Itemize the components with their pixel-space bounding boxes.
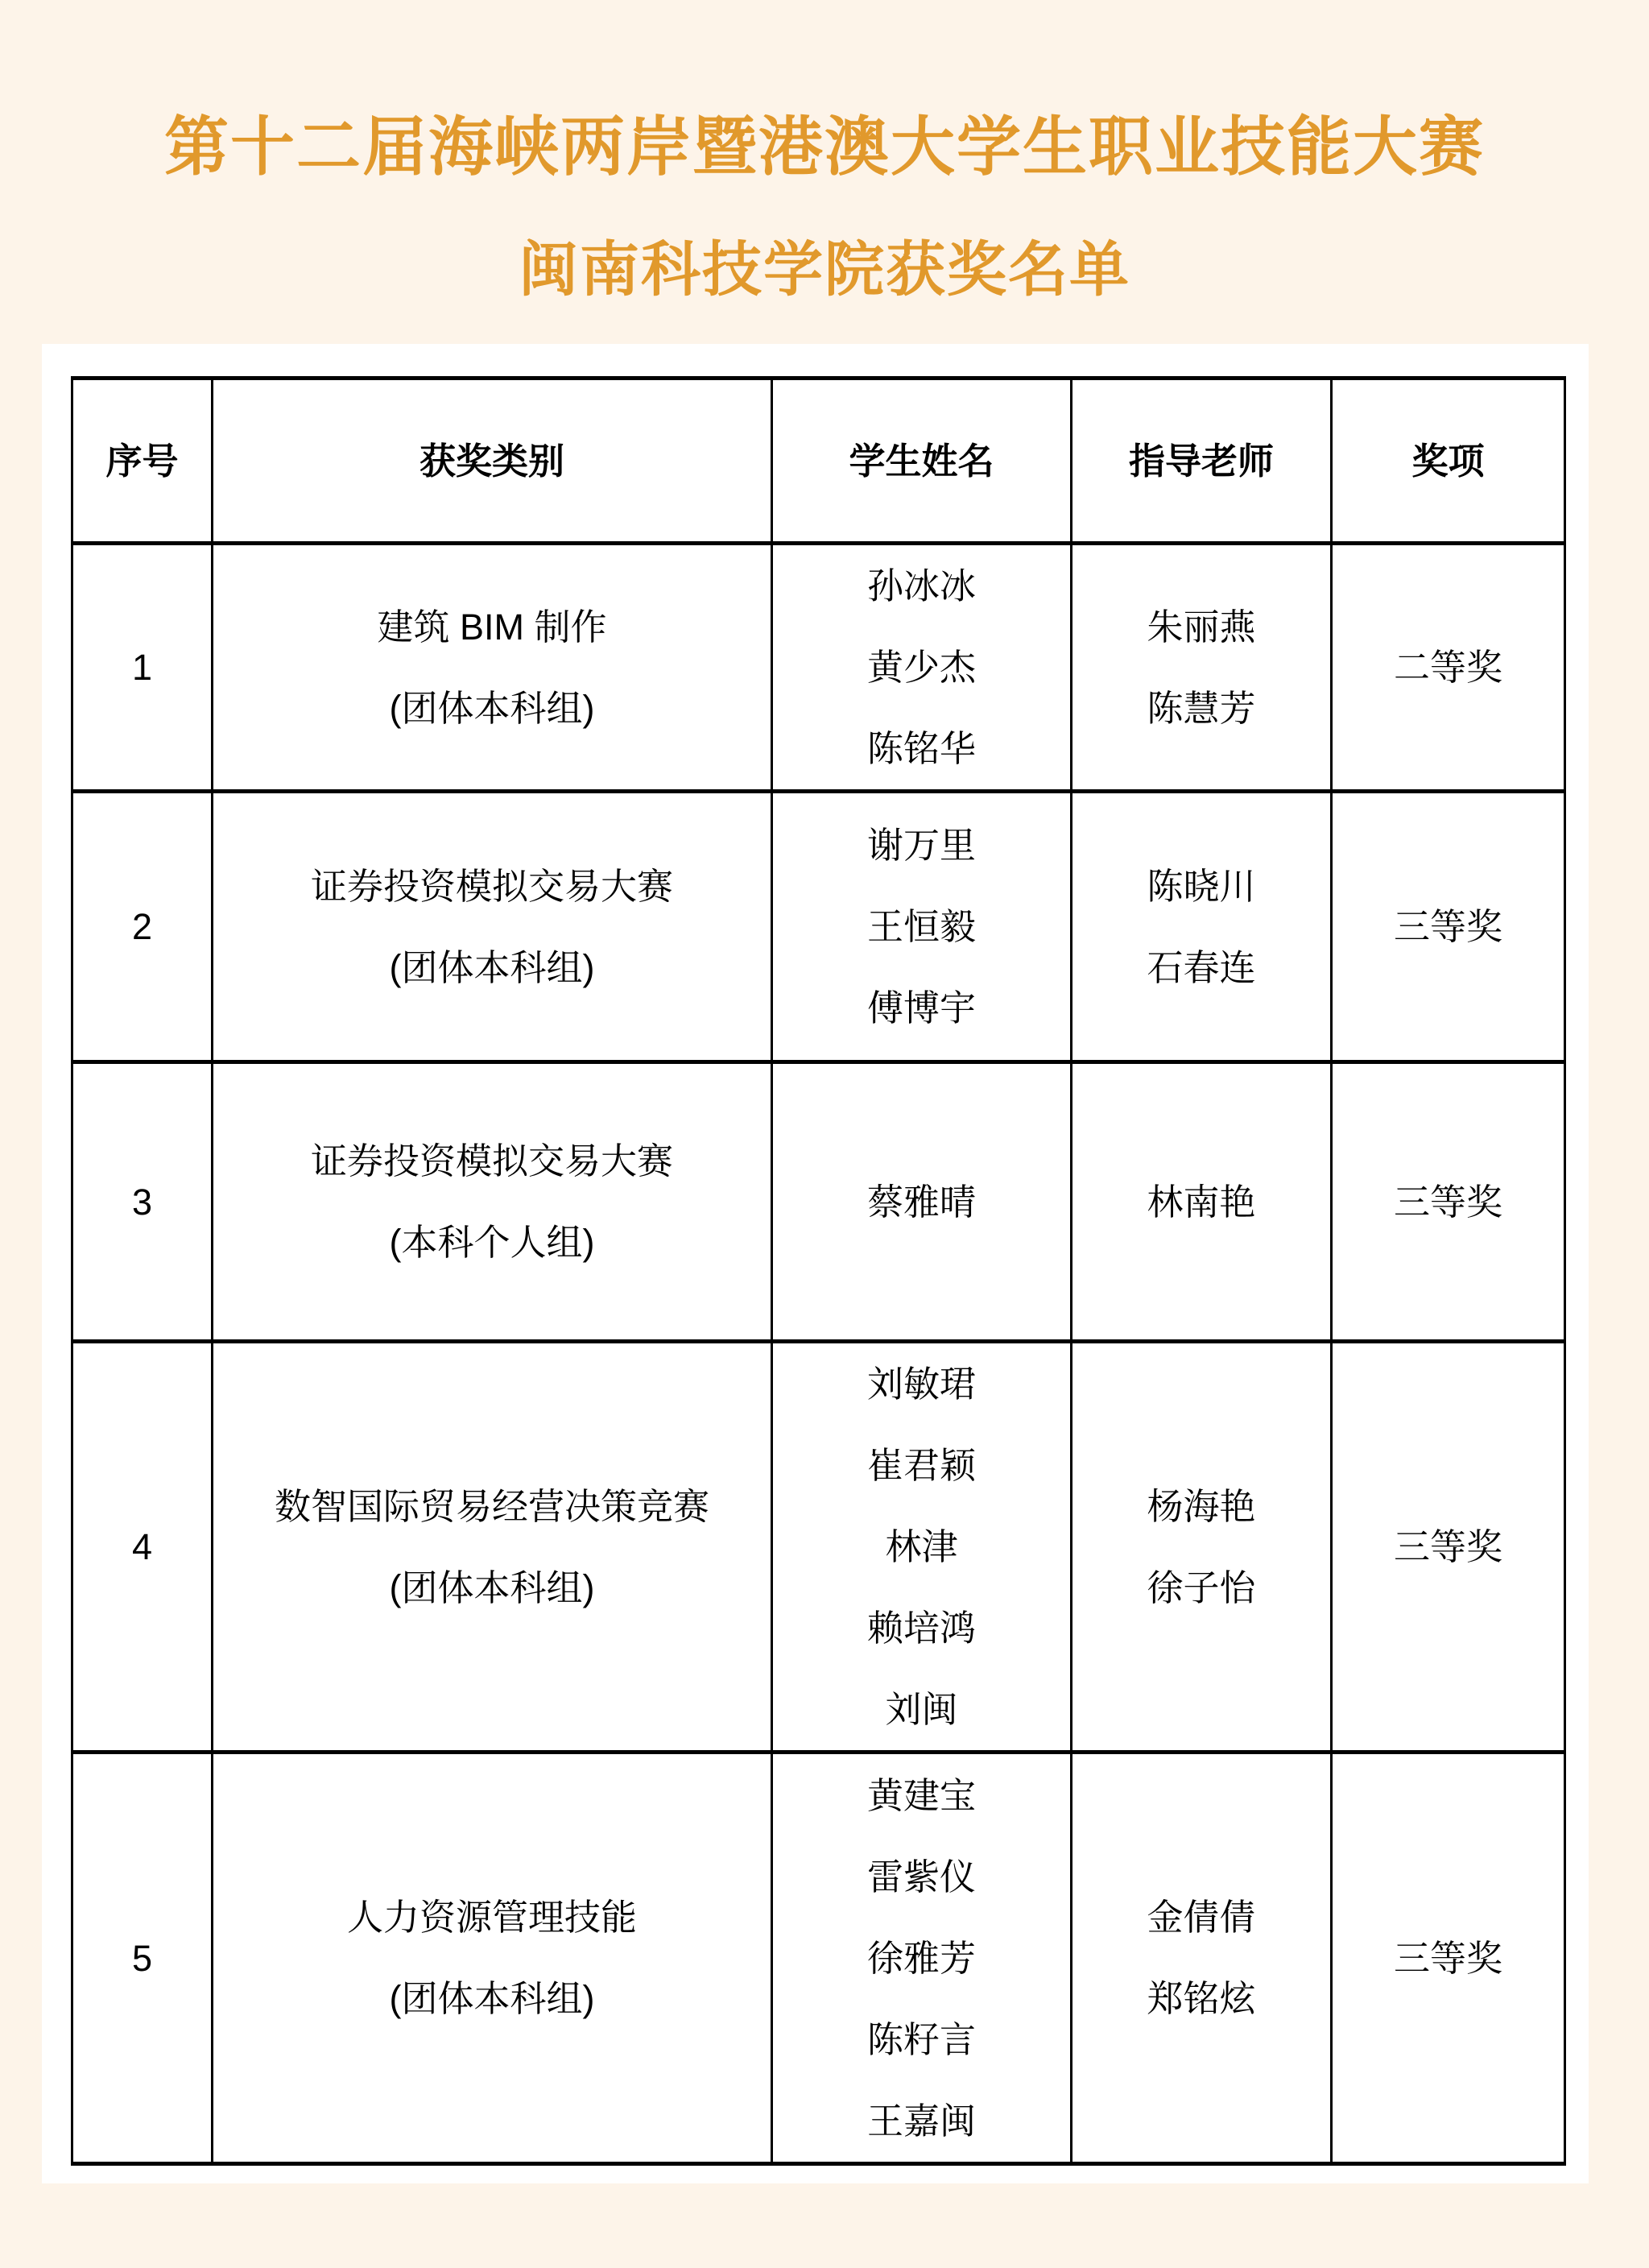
student-name: 蔡雅晴 [773, 1161, 1070, 1243]
row-number: 5 [73, 1918, 211, 1999]
cell-students: 刘敏珺 崔君颖 林津 赖培鸿 刘闽 [772, 1342, 1072, 1753]
student-name: 林津 [773, 1506, 1070, 1587]
cell-students: 蔡雅晴 [772, 1062, 1072, 1342]
category-line: (团体本科组) [213, 668, 771, 749]
header-category-label: 获奖类别 [213, 420, 771, 502]
cell-category: 建筑 BIM 制作 (团体本科组) [213, 544, 772, 792]
cell-students: 黄建宝 雷紫仪 徐雅芳 陈籽言 王嘉闽 [772, 1753, 1072, 2164]
student-name: 王恒毅 [773, 886, 1070, 967]
category-line: 数智国际贸易经营决策竞赛 [213, 1466, 771, 1547]
cell-students: 谢万里 王恒毅 傅博宇 [772, 792, 1072, 1062]
header-no-label: 序号 [73, 420, 211, 502]
award-label: 三等奖 [1333, 886, 1564, 967]
cell-no: 4 [72, 1342, 213, 1753]
student-name: 陈铭华 [773, 708, 1070, 789]
row-number: 2 [73, 886, 211, 967]
teacher-name: 杨海艳 [1072, 1466, 1330, 1547]
cell-students: 孙冰冰 黄少杰 陈铭华 [772, 544, 1072, 792]
student-name: 孙冰冰 [773, 545, 1070, 627]
cell-award: 三等奖 [1332, 1062, 1565, 1342]
header-no: 序号 [72, 379, 213, 544]
row-number: 4 [73, 1506, 211, 1587]
cell-teachers: 杨海艳 徐子怡 [1072, 1342, 1332, 1753]
teacher-name: 朱丽燕 [1072, 586, 1330, 668]
award-label: 三等奖 [1333, 1506, 1564, 1587]
cell-category: 数智国际贸易经营决策竞赛 (团体本科组) [213, 1342, 772, 1753]
cell-teachers: 金倩倩 郑铭炫 [1072, 1753, 1332, 2164]
student-name: 黄建宝 [773, 1755, 1070, 1836]
teacher-name: 徐子怡 [1072, 1547, 1330, 1629]
table-row: 1 建筑 BIM 制作 (团体本科组) 孙冰冰 黄少杰 陈铭华 朱丽燕 陈慧芳 … [72, 544, 1565, 792]
cell-category: 证券投资模拟交易大赛 (团体本科组) [213, 792, 772, 1062]
header-teachers-label: 指导老师 [1072, 420, 1330, 502]
teacher-name: 陈晓川 [1072, 846, 1330, 927]
student-name: 雷紫仪 [773, 1836, 1070, 1918]
cell-award: 二等奖 [1332, 544, 1565, 792]
student-name: 崔君颖 [773, 1425, 1070, 1506]
award-label: 二等奖 [1333, 627, 1564, 708]
cell-teachers: 朱丽燕 陈慧芳 [1072, 544, 1332, 792]
cell-no: 5 [72, 1753, 213, 2164]
row-number: 3 [73, 1161, 211, 1243]
cell-no: 3 [72, 1062, 213, 1342]
teacher-name: 陈慧芳 [1072, 668, 1330, 749]
student-name: 刘敏珺 [773, 1343, 1070, 1425]
table-header-row: 序号 获奖类别 学生姓名 指导老师 奖项 [72, 379, 1565, 544]
award-label: 三等奖 [1333, 1918, 1564, 1999]
student-name: 谢万里 [773, 805, 1070, 886]
student-name: 王嘉闽 [773, 2080, 1070, 2162]
table-row: 3 证券投资模拟交易大赛 (本科个人组) 蔡雅晴 林南艳 三等奖 [72, 1062, 1565, 1342]
table-row: 4 数智国际贸易经营决策竞赛 (团体本科组) 刘敏珺 崔君颖 林津 赖培鸿 刘闽… [72, 1342, 1565, 1753]
category-line: (团体本科组) [213, 1958, 771, 2039]
student-name: 陈籽言 [773, 1999, 1070, 2080]
cell-teachers: 林南艳 [1072, 1062, 1332, 1342]
category-line: (团体本科组) [213, 927, 771, 1008]
header-students-label: 学生姓名 [773, 420, 1070, 502]
student-name: 赖培鸿 [773, 1587, 1070, 1669]
award-table: 序号 获奖类别 学生姓名 指导老师 奖项 1 建筑 BIM 制作 (团体本科组)… [71, 376, 1566, 2166]
student-name: 傅博宇 [773, 967, 1070, 1049]
cell-no: 1 [72, 544, 213, 792]
category-line: (本科个人组) [213, 1202, 771, 1283]
category-line: 证券投资模拟交易大赛 [213, 1120, 771, 1202]
table-row: 5 人力资源管理技能 (团体本科组) 黄建宝 雷紫仪 徐雅芳 陈籽言 王嘉闽 金… [72, 1753, 1565, 2164]
student-name: 黄少杰 [773, 627, 1070, 708]
category-line: 人力资源管理技能 [213, 1877, 771, 1958]
header-category: 获奖类别 [213, 379, 772, 544]
page: 第十二届海峡两岸暨港澳大学生职业技能大赛 闽南科技学院获奖名单 序号 获奖类别 … [0, 0, 1649, 2268]
row-number: 1 [73, 627, 211, 708]
student-name: 徐雅芳 [773, 1918, 1070, 1999]
student-name: 刘闽 [773, 1669, 1070, 1750]
cell-award: 三等奖 [1332, 1753, 1565, 2164]
table-row: 2 证券投资模拟交易大赛 (团体本科组) 谢万里 王恒毅 傅博宇 陈晓川 石春连… [72, 792, 1565, 1062]
cell-category: 证券投资模拟交易大赛 (本科个人组) [213, 1062, 772, 1342]
category-line: 证券投资模拟交易大赛 [213, 846, 771, 927]
cell-no: 2 [72, 792, 213, 1062]
header-teachers: 指导老师 [1072, 379, 1332, 544]
header-award: 奖项 [1332, 379, 1565, 544]
teacher-name: 金倩倩 [1072, 1877, 1330, 1958]
award-label: 三等奖 [1333, 1161, 1564, 1243]
header-award-label: 奖项 [1333, 420, 1564, 502]
category-line: 建筑 BIM 制作 [213, 586, 771, 668]
cell-teachers: 陈晓川 石春连 [1072, 792, 1332, 1062]
header-students: 学生姓名 [772, 379, 1072, 544]
page-title-line1: 第十二届海峡两岸暨港澳大学生职业技能大赛 [0, 95, 1649, 188]
category-line: (团体本科组) [213, 1547, 771, 1629]
teacher-name: 郑铭炫 [1072, 1958, 1330, 2039]
cell-award: 三等奖 [1332, 1342, 1565, 1753]
teacher-name: 林南艳 [1072, 1161, 1330, 1243]
page-title-line2: 闽南科技学院获奖名单 [0, 222, 1649, 308]
cell-award: 三等奖 [1332, 792, 1565, 1062]
cell-category: 人力资源管理技能 (团体本科组) [213, 1753, 772, 2164]
teacher-name: 石春连 [1072, 927, 1330, 1008]
